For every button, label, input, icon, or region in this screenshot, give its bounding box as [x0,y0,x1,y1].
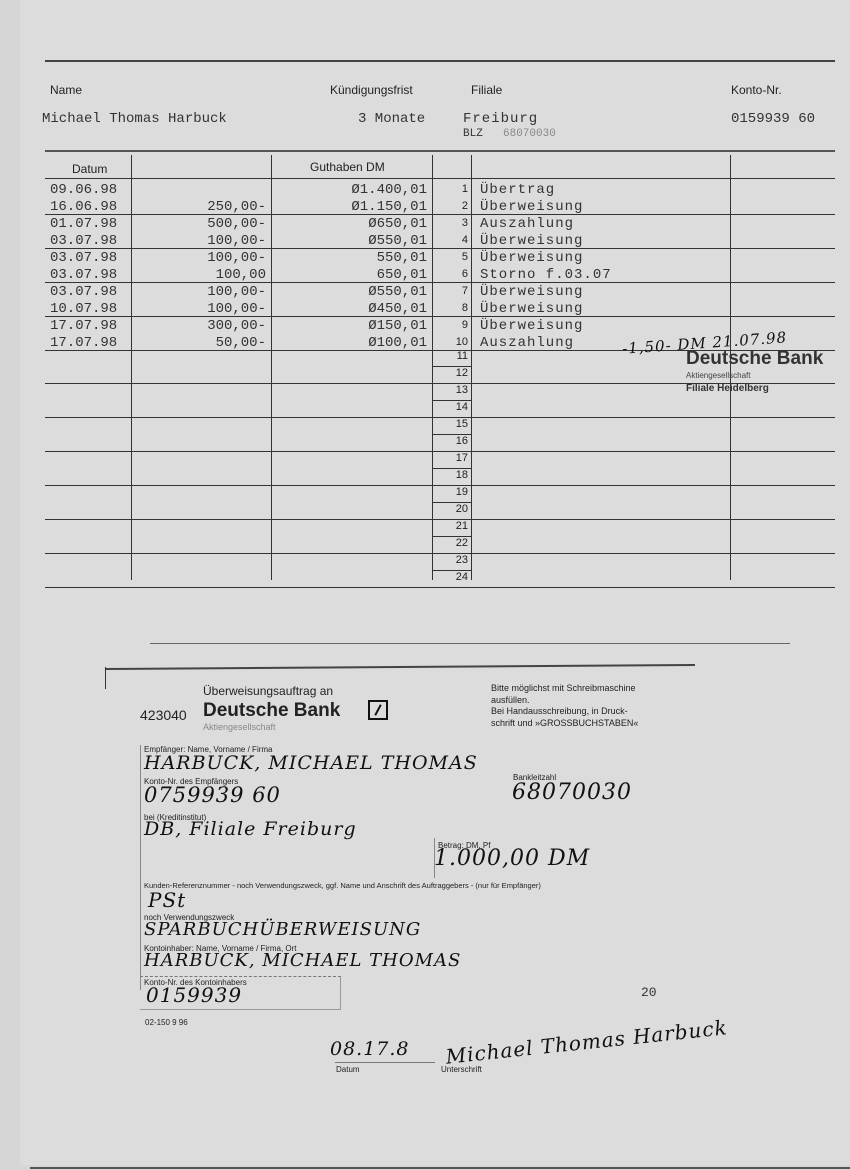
row-text: Übertrag [480,182,555,198]
row-number: 23 [438,554,468,566]
row-text: Überweisung [480,199,583,215]
row-date: 16.06.98 [50,199,117,215]
row-number: 8 [438,302,468,314]
row-number: 11 [438,350,468,362]
row-amount: 500,00- [207,216,266,232]
row-rule [45,316,835,317]
form-field-left-rule [140,745,141,990]
account-label: Konto-Nr. [731,83,782,97]
col-header-date: Datum [72,162,107,176]
table-row: 09.06.98Ø1.400,011Übertrag [0,182,850,199]
col-header-balance: Guthaben DM [310,160,385,174]
row-number: 18 [438,469,468,481]
form-instructions: Bitte möglichst mit Schreibmaschine ausf… [491,683,638,729]
recipient-account-field[interactable]: 0759939 60 [144,783,281,807]
row-date: 01.07.98 [50,216,117,232]
stamp-branch: Filiale Heidelberg [686,383,823,394]
row-balance: Ø650,01 [368,216,427,232]
table-row: 01.07.98500,00-Ø650,013Auszahlung [0,216,850,233]
row-number: 20 [438,503,468,515]
form-id: 02-150 9 96 [145,1018,188,1027]
row-rule [45,587,835,588]
row-amount: 250,00- [207,199,266,215]
bank-code-field[interactable]: 68070030 [512,780,632,805]
bank-stamp: Deutsche Bank Aktiengesellschaft Filiale… [686,348,823,394]
row-balance: Ø1.150,01 [351,199,427,215]
row-amount: 100,00- [207,250,266,266]
row-text: Auszahlung [480,335,574,351]
signature-label: Unterschrift [441,1065,482,1074]
row-text: Auszahlung [480,216,574,232]
notice-period: 3 Monate [358,111,425,127]
row-date: 09.06.98 [50,182,117,198]
row-balance: 650,01 [377,267,427,283]
date-label: Datum [336,1065,360,1074]
row-text: Überweisung [480,318,583,334]
row-number: 13 [438,384,468,396]
recipient-field[interactable]: HARBUCK, MICHAEL THOMAS [144,752,478,774]
reference-field[interactable]: PSt [148,888,186,912]
instruction-line: Bitte möglichst mit Schreibmaschine [491,683,638,695]
instruction-line: ausfüllen. [491,695,638,707]
table-top-rule [45,150,835,152]
row-rule [45,248,835,249]
row-text: Überweisung [480,301,583,317]
row-date: 10.07.98 [50,301,117,317]
row-amount: 300,00- [207,318,266,334]
row-rule [45,214,835,215]
row-number: 1 [438,183,468,195]
table-header-rule [45,178,835,179]
row-number: 16 [438,435,468,447]
name-label: Name [50,83,82,97]
date-field[interactable]: 08.17.8 [330,1038,410,1060]
row-text: Storno f.03.07 [480,267,612,283]
row-text: Überweisung [480,284,583,300]
notice-label: Kündigungsfrist [330,83,413,97]
row-balance: Ø450,01 [368,301,427,317]
row-number: 22 [438,537,468,549]
holder-account-field[interactable]: 0159939 [146,983,242,1007]
row-date: 17.07.98 [50,335,117,351]
account-number: 0159939 60 [731,111,815,127]
row-number: 21 [438,520,468,532]
blz-label: BLZ [463,128,483,140]
instruction-line: schrift und »GROSSBUCHSTABEN« [491,718,638,730]
form-code: 20 [641,985,657,1000]
row-number: 4 [438,234,468,246]
form-number: 423040 [140,707,187,723]
row-text: Überweisung [480,233,583,249]
stamp-sub: Aktiengesellschaft [686,371,823,380]
row-balance: Ø150,01 [368,318,427,334]
row-date: 03.07.98 [50,233,117,249]
row-number: 14 [438,401,468,413]
row-number: 19 [438,486,468,498]
row-date: 03.07.98 [50,267,117,283]
table-row: 03.07.98100,00-550,015Überweisung [0,250,850,267]
row-balance: 550,01 [377,250,427,266]
row-amount: 50,00- [216,335,266,351]
row-number: 24 [438,571,468,583]
top-rule [45,60,835,62]
row-number: 5 [438,251,468,263]
holder-name: Michael Thomas Harbuck [42,111,227,127]
branch-label: Filiale [471,83,502,97]
row-date: 03.07.98 [50,284,117,300]
row-number: 12 [438,367,468,379]
date-line [335,1062,435,1063]
fold-line [150,643,790,644]
reference-label: Kunden-Referenznummer - noch Verwendungs… [144,881,541,890]
row-number: 10 [438,336,468,348]
row-amount: 100,00- [207,233,266,249]
row-number: 9 [438,319,468,331]
purpose-field[interactable]: SPARBUCHÜBERWEISUNG [144,919,421,940]
row-balance: Ø100,01 [368,335,427,351]
row-date: 03.07.98 [50,250,117,266]
row-amount: 100,00- [207,284,266,300]
institute-field[interactable]: DB, Filiale Freiburg [144,818,357,840]
row-text: Überweisung [480,250,583,266]
bottom-rule [30,1167,850,1169]
form-bank-sub: Aktiengesellschaft [203,722,276,732]
row-rule [45,282,835,283]
holder-field[interactable]: HARBUCK, MICHAEL THOMAS [144,950,461,971]
row-date: 17.07.98 [50,318,117,334]
row-number: 17 [438,452,468,464]
stamp-bank-name: Deutsche Bank [686,348,823,370]
instruction-line: Bei Handausschreibung, in Druck- [491,706,638,718]
form-bank-name: Deutsche Bank [203,700,340,722]
row-balance: Ø550,01 [368,233,427,249]
table-row: 03.07.98100,00-Ø550,017Überweisung [0,284,850,301]
form-left-rule [105,667,106,689]
blz-value: 68070030 [503,128,556,140]
branch-name: Freiburg [463,111,538,127]
row-number: 3 [438,217,468,229]
row-balance: Ø550,01 [368,284,427,300]
amount-field[interactable]: 1.000,00 DM [434,846,590,871]
form-title: Überweisungsauftrag an [203,684,333,698]
row-amount: 100,00- [207,301,266,317]
row-number: 2 [438,200,468,212]
row-number: 6 [438,268,468,280]
row-number: 7 [438,285,468,297]
row-number: 15 [438,418,468,430]
row-amount: 100,00 [216,267,266,283]
row-balance: Ø1.400,01 [351,182,427,198]
deutsche-bank-logo-icon [368,700,388,720]
